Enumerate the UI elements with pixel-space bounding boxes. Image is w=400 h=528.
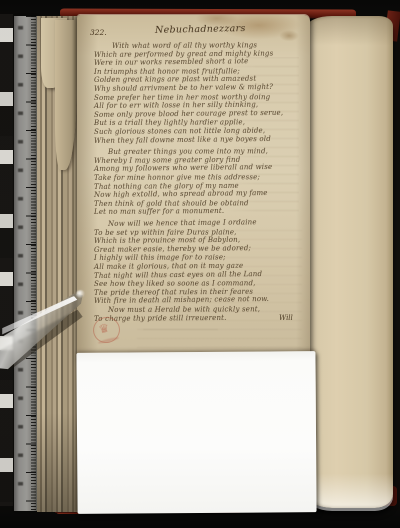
manuscript-line: Let no man suffer for a monument.	[94, 207, 224, 216]
manuscript-line: Were in our works resembled short a iote	[94, 57, 249, 67]
calibration-strip	[0, 14, 13, 506]
manuscript-line: With fire in death all mishapen; cease n…	[94, 295, 269, 305]
glass-weight-tip-glint	[76, 290, 85, 298]
manuscript-line: That night will thus cast eyes on all th…	[94, 270, 262, 280]
manuscript-line: Take for mine honnor give me this addres…	[94, 173, 260, 182]
page-number: 322.	[90, 28, 107, 37]
manuscript-page: 322. Nebuchadnezzars With what word of a…	[77, 15, 310, 360]
photo-stage: 322. Nebuchadnezzars With what word of a…	[0, 0, 400, 528]
manuscript-line: Why should arrivment be to her valew & m…	[94, 83, 273, 93]
faint-erased-line	[143, 329, 218, 333]
facing-pages-stack	[306, 16, 393, 508]
manuscript-line: See how they liked so soone as I command…	[94, 279, 256, 288]
manuscript-line: Some only prove blood her courage prest …	[94, 109, 283, 119]
manuscript-line: Great maker easie, thereby we be adored;	[94, 244, 251, 254]
ruler-centimeter-ticks	[26, 16, 36, 511]
manuscript-line: Now must a Herald be with quickly sent,	[108, 305, 260, 314]
photographic-ruler	[14, 16, 37, 511]
manuscript-line: Among my followers who were liberall and…	[94, 163, 272, 173]
ruler-numbers	[18, 26, 23, 501]
manuscript-line: But greater things you come into my mind…	[108, 147, 268, 156]
manuscript-line: Now will we hence that image I ordaine	[108, 218, 257, 228]
manuscript-line: With what word of all thy worthy kings	[112, 41, 257, 50]
white-cover-sheet	[76, 351, 316, 514]
library-stamp: ♛	[90, 314, 122, 346]
manuscript-line: Now high extolld, who spread abroad my f…	[94, 189, 268, 199]
manuscript-line: When they fall downe most like a nye boy…	[94, 135, 271, 145]
manuscript-line: I highly will this image for to raise;	[94, 254, 226, 263]
poem-title: Nebuchadnezzars	[155, 23, 246, 36]
catchword: Will	[279, 314, 293, 322]
